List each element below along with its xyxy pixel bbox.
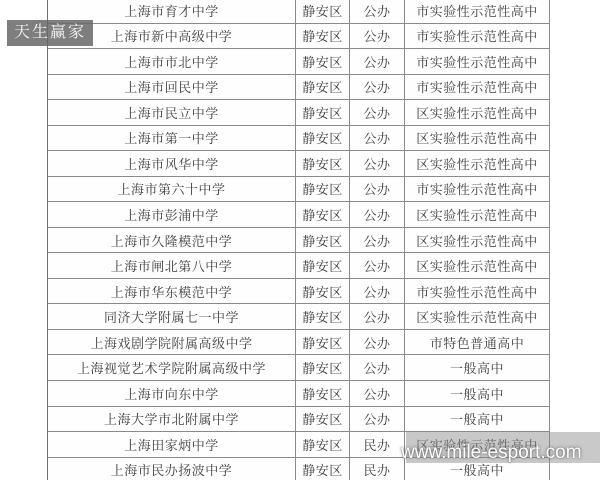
cell-school-name: 上海田家炳中学	[48, 432, 296, 457]
table-row: 上海市民立中学 静安区 公办 区实验性示范性高中	[48, 100, 549, 126]
school-table: 上海市育才中学 静安区 公办 市实验性示范性高中 上海市新中高级中学 静安区 公…	[47, 0, 550, 480]
cell-district: 静安区	[296, 100, 350, 125]
cell-category: 区实验性示范性高中	[405, 202, 549, 227]
table-row: 上海市第六十中学 静安区 公办 市实验性示范性高中	[48, 177, 549, 203]
cell-district: 静安区	[296, 228, 350, 253]
cell-district: 静安区	[296, 75, 350, 100]
table-row: 上海市彭浦中学 静安区 公办 区实验性示范性高中	[48, 202, 549, 228]
cell-school-type: 公办	[350, 177, 405, 202]
watermark-top-left: 天生赢家	[7, 20, 93, 46]
cell-school-type: 公办	[350, 0, 405, 23]
cell-district: 静安区	[296, 458, 350, 480]
cell-school-type: 公办	[350, 330, 405, 355]
cell-school-name: 上海市向东中学	[48, 381, 296, 406]
cell-category: 市实验性示范性高中	[405, 24, 549, 49]
cell-district: 静安区	[296, 381, 350, 406]
cell-school-name: 上海大学市北附属中学	[48, 407, 296, 432]
cell-school-name: 上海市第一中学	[48, 126, 296, 151]
cell-district: 静安区	[296, 126, 350, 151]
cell-school-type: 公办	[350, 381, 405, 406]
cell-school-type: 公办	[350, 228, 405, 253]
cell-category: 市实验性示范性高中	[405, 279, 549, 304]
cell-district: 静安区	[296, 253, 350, 278]
table-row: 上海市华东模范中学 静安区 公办 市实验性示范性高中	[48, 279, 549, 305]
cell-school-name: 同济大学附属七一中学	[48, 304, 296, 329]
cell-school-type: 公办	[350, 100, 405, 125]
cell-school-name: 上海市第六十中学	[48, 177, 296, 202]
cell-district: 静安区	[296, 49, 350, 74]
cell-school-type: 公办	[350, 304, 405, 329]
cell-school-type: 公办	[350, 253, 405, 278]
cell-district: 静安区	[296, 24, 350, 49]
cell-category: 区实验性示范性高中	[405, 304, 549, 329]
cell-school-name: 上海市华东模范中学	[48, 279, 296, 304]
cell-school-type: 公办	[350, 49, 405, 74]
page: 上海市育才中学 静安区 公办 市实验性示范性高中 上海市新中高级中学 静安区 公…	[0, 0, 600, 480]
cell-category: 市实验性示范性高中	[405, 0, 549, 23]
cell-school-name: 上海视觉艺术学院附属高级中学	[48, 355, 296, 380]
table-row: 上海市久隆模范中学 静安区 公办 区实验性示范性高中	[48, 228, 549, 254]
cell-category: 区实验性示范性高中	[405, 151, 549, 176]
cell-category: 一般高中	[405, 355, 549, 380]
table-row: 上海戏剧学院附属高级中学 静安区 公办 市特色普通高中	[48, 330, 549, 356]
cell-category: 区实验性示范性高中	[405, 100, 549, 125]
cell-district: 静安区	[296, 202, 350, 227]
table-row: 上海视觉艺术学院附属高级中学 静安区 公办 一般高中	[48, 355, 549, 381]
cell-category: 市特色普通高中	[405, 330, 549, 355]
cell-district: 静安区	[296, 304, 350, 329]
cell-school-name: 上海市久隆模范中学	[48, 228, 296, 253]
cell-school-type: 公办	[350, 24, 405, 49]
cell-category: 市实验性示范性高中	[405, 177, 549, 202]
cell-category: 区实验性示范性高中	[405, 126, 549, 151]
table-row: 上海市市北中学 静安区 公办 市实验性示范性高中	[48, 49, 549, 75]
cell-school-type: 公办	[350, 75, 405, 100]
cell-school-name: 上海市闸北第八中学	[48, 253, 296, 278]
cell-school-type: 公办	[350, 202, 405, 227]
cell-category: 市实验性示范性高中	[405, 75, 549, 100]
cell-school-type: 公办	[350, 407, 405, 432]
cell-district: 静安区	[296, 330, 350, 355]
cell-district: 静安区	[296, 432, 350, 457]
cell-school-name: 上海市民办扬波中学	[48, 458, 296, 480]
cell-district: 静安区	[296, 151, 350, 176]
table-row: 上海市育才中学 静安区 公办 市实验性示范性高中	[48, 0, 549, 24]
cell-school-type: 公办	[350, 355, 405, 380]
table-row: 上海市风华中学 静安区 公办 区实验性示范性高中	[48, 151, 549, 177]
cell-school-type: 公办	[350, 126, 405, 151]
cell-category: 区实验性示范性高中	[405, 228, 549, 253]
cell-district: 静安区	[296, 177, 350, 202]
cell-school-type: 民办	[350, 458, 405, 480]
cell-school-name: 上海市市北中学	[48, 49, 296, 74]
cell-school-type: 公办	[350, 279, 405, 304]
table-row: 同济大学附属七一中学 静安区 公办 区实验性示范性高中	[48, 304, 549, 330]
table-row: 上海市第一中学 静安区 公办 区实验性示范性高中	[48, 126, 549, 152]
cell-school-type: 公办	[350, 151, 405, 176]
watermark-bottom-right: www.mile-esport.com	[401, 443, 600, 463]
cell-school-name: 上海市风华中学	[48, 151, 296, 176]
cell-category: 一般高中	[405, 381, 549, 406]
cell-district: 静安区	[296, 355, 350, 380]
table-row: 上海市回民中学 静安区 公办 市实验性示范性高中	[48, 75, 549, 101]
table-row: 上海大学市北附属中学 静安区 公办 一般高中	[48, 407, 549, 433]
table-row: 上海市向东中学 静安区 公办 一般高中	[48, 381, 549, 407]
cell-district: 静安区	[296, 0, 350, 23]
cell-district: 静安区	[296, 279, 350, 304]
cell-category: 市实验性示范性高中	[405, 49, 549, 74]
table-row: 上海市新中高级中学 静安区 公办 市实验性示范性高中	[48, 24, 549, 50]
table-row: 上海市闸北第八中学 静安区 公办 区实验性示范性高中	[48, 253, 549, 279]
cell-school-type: 民办	[350, 432, 405, 457]
cell-category: 一般高中	[405, 407, 549, 432]
cell-school-name: 上海市民立中学	[48, 100, 296, 125]
cell-school-name: 上海市回民中学	[48, 75, 296, 100]
cell-category: 区实验性示范性高中	[405, 253, 549, 278]
cell-school-name: 上海市彭浦中学	[48, 202, 296, 227]
cell-school-name: 上海戏剧学院附属高级中学	[48, 330, 296, 355]
cell-district: 静安区	[296, 407, 350, 432]
